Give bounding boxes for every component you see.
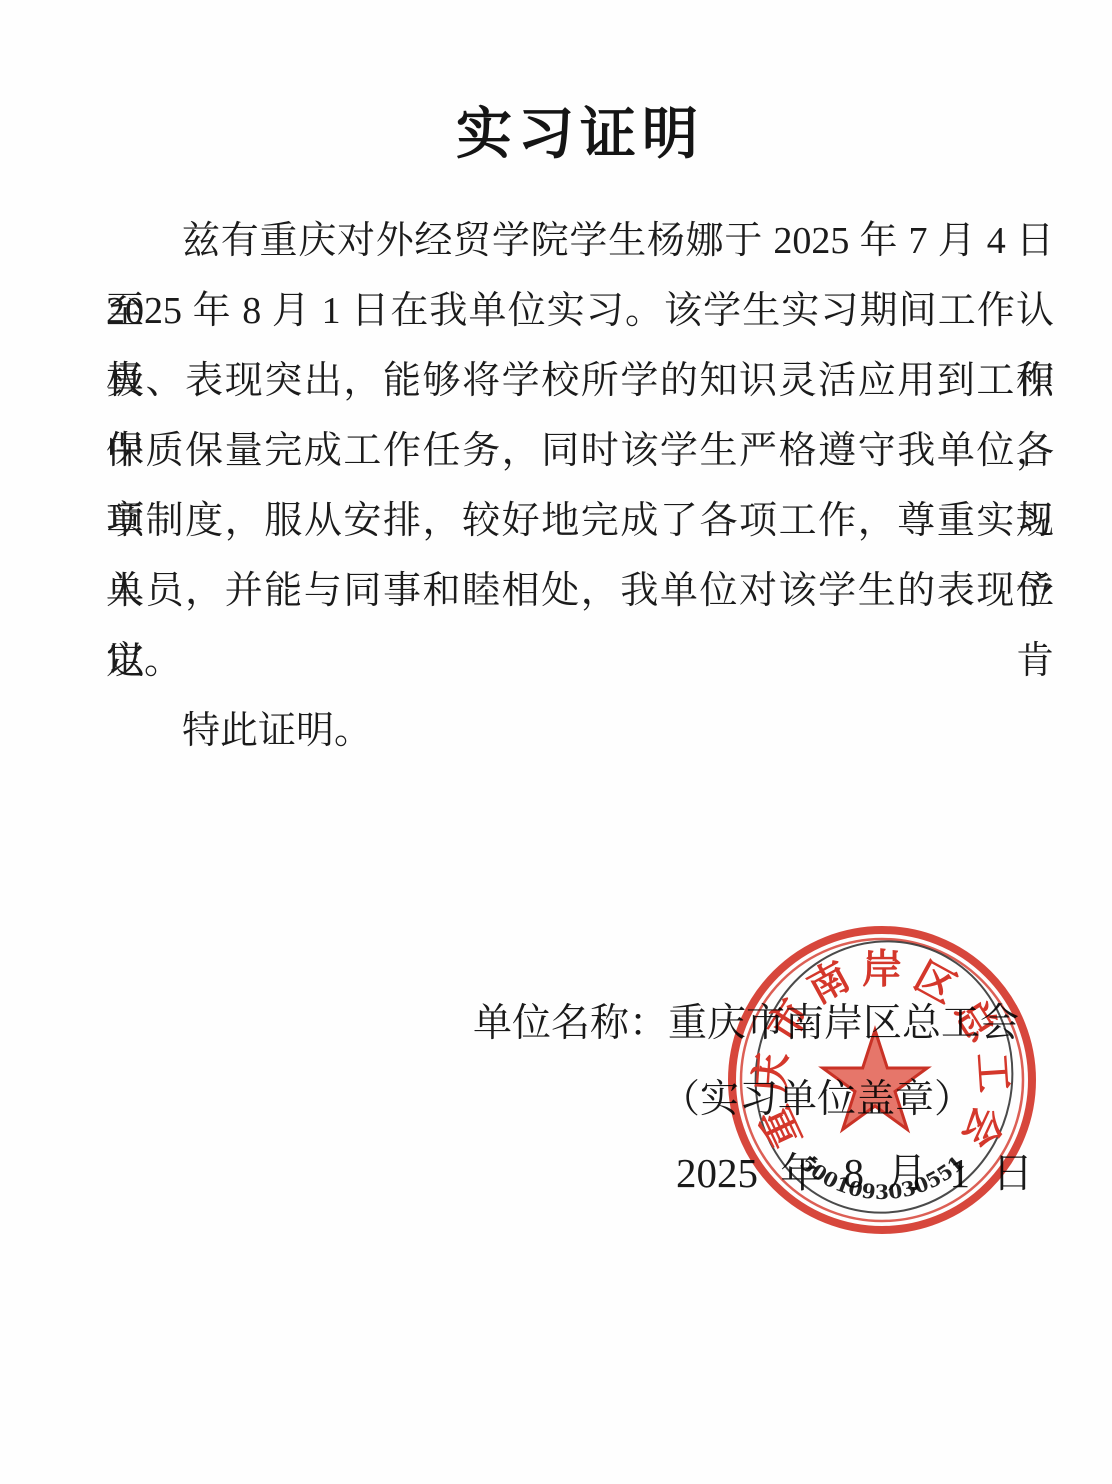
body-line-6: 人员，并能与同事和睦相处，我单位对该学生的表现予以肯	[106, 556, 1054, 626]
certificate-page: 实习证明 兹有重庆对外经贸学院学生杨娜于 2025 年 7 月 4 日至 202…	[0, 0, 1112, 1484]
seal-ring-char: 岸	[862, 938, 902, 995]
signature-date-line: 2025 年 8 月 1 日	[676, 1140, 1033, 1199]
body-line-3: 极、表现突出，能够将学校所学的知识灵活应用到工作中，	[106, 346, 1054, 416]
unit-name: 重庆市南岸区总工会	[668, 1002, 1019, 1045]
document-title: 实习证明	[106, 90, 1054, 170]
body-line-1: 兹有重庆对外经贸学院学生杨娜于 2025 年 7 月 4 日至	[106, 206, 1054, 276]
closing-line: 特此证明。	[106, 696, 1054, 766]
signature-unit-line: 单位名称：重庆市南岸区总工会	[473, 992, 1019, 1048]
stamp-note-line: （实习单位盖章）	[661, 1068, 973, 1124]
body-line-5: 章制度，服从安排，较好地完成了各项工作，尊重实习单位	[106, 486, 1054, 556]
document-body: 兹有重庆对外经贸学院学生杨娜于 2025 年 7 月 4 日至 2025 年 8…	[106, 206, 1054, 766]
seal-ring-char: 工	[966, 1051, 1025, 1095]
unit-label: 单位名称：	[473, 1002, 668, 1045]
body-line-2: 2025 年 8 月 1 日在我单位实习。该学生实习期间工作认真积	[106, 276, 1054, 346]
body-line-4: 保质保量完成工作任务，同时该学生严格遵守我单位各项规	[106, 416, 1054, 486]
